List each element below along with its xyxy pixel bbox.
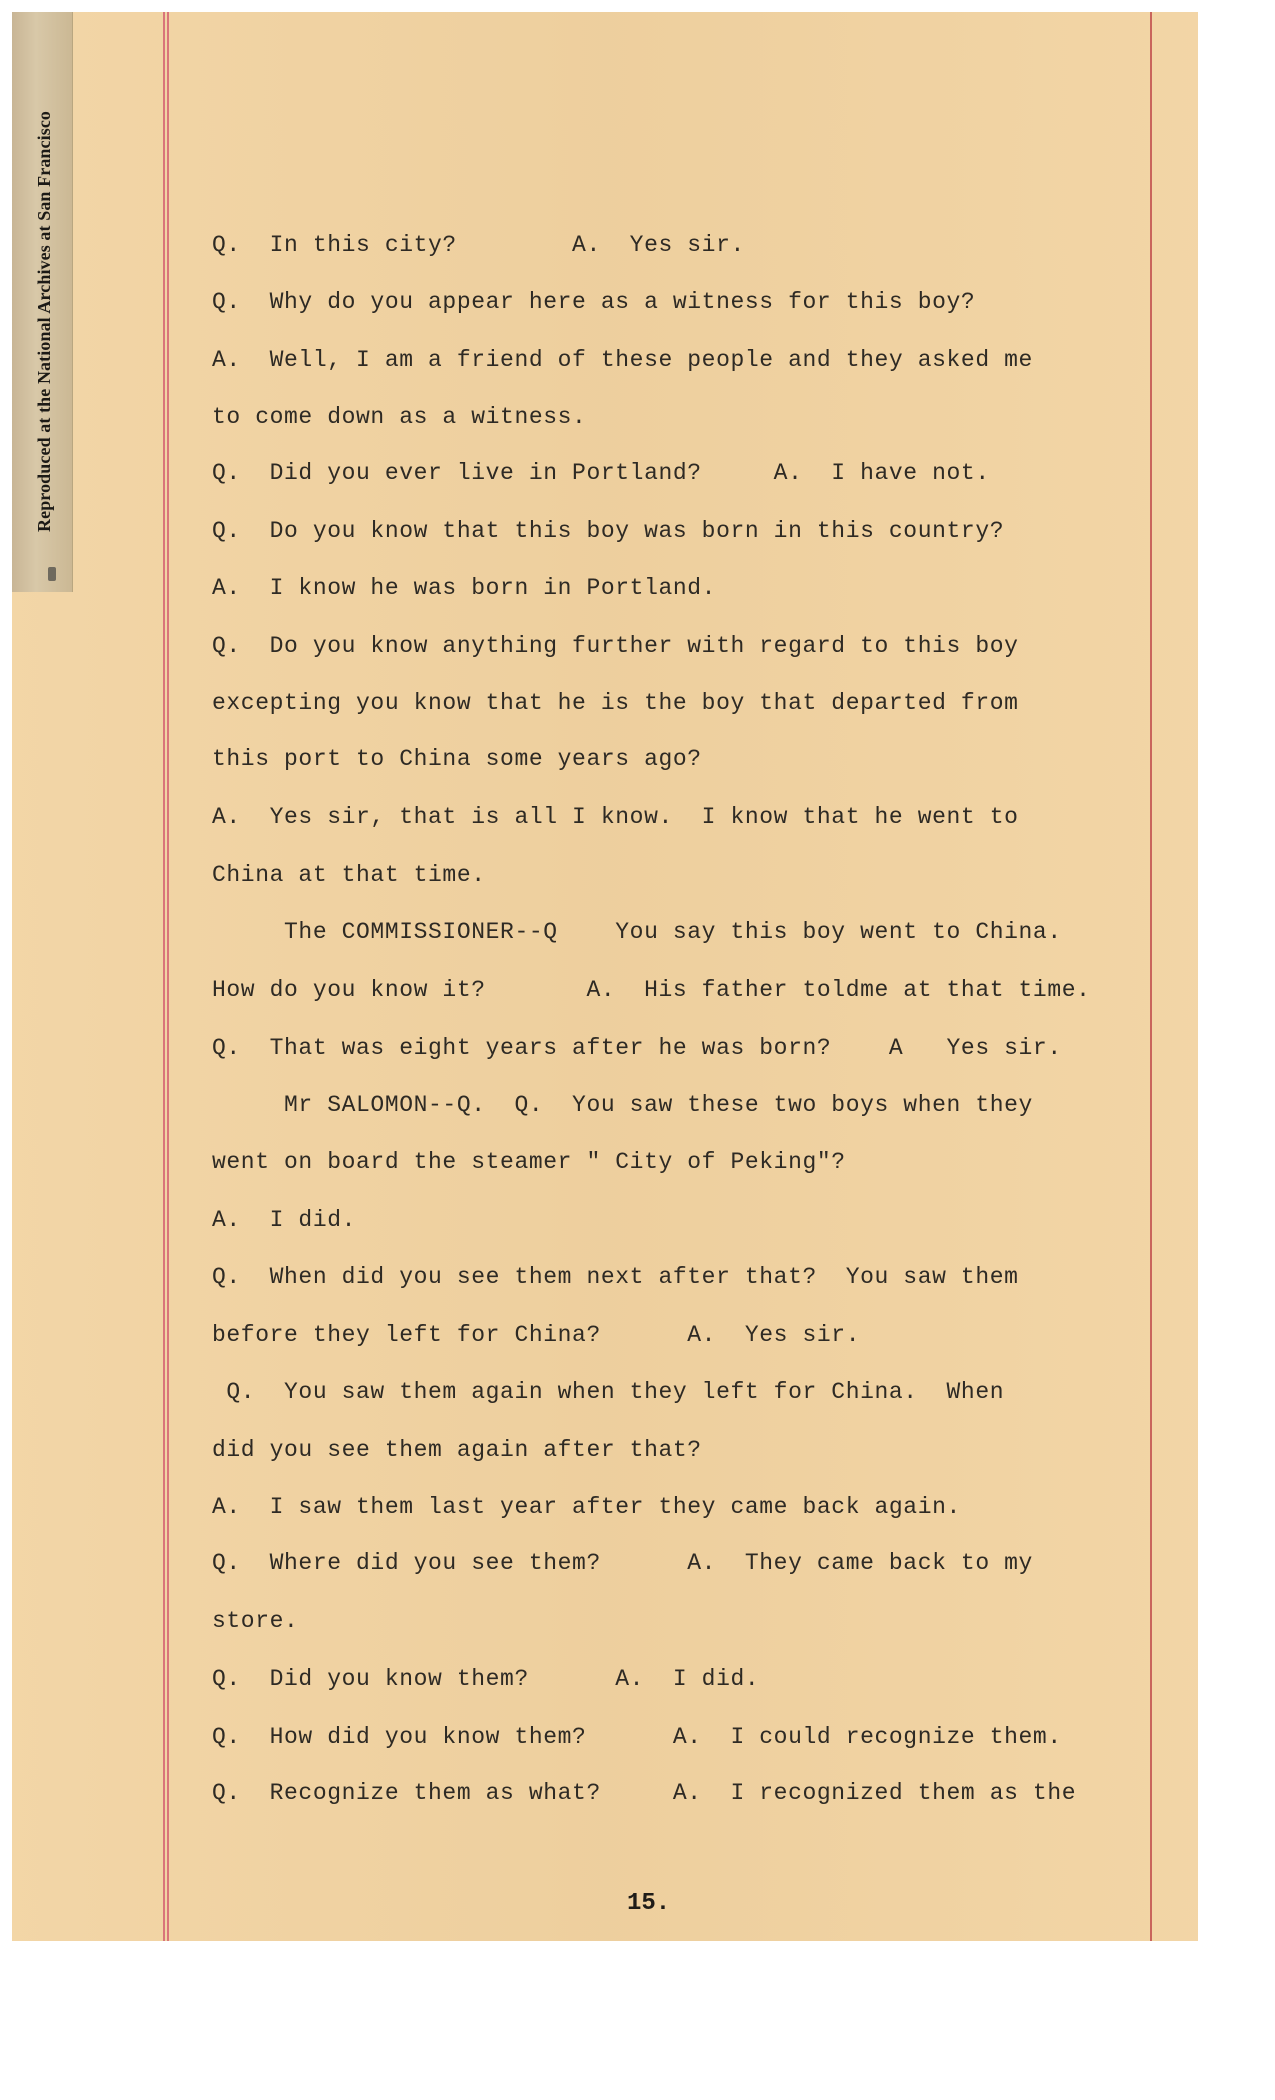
transcript-line: Q. How did you know them? A. I could rec… <box>212 1722 1062 1752</box>
transcript-line: excepting you know that he is the boy th… <box>212 688 1019 718</box>
transcript-line: Q. Do you know that this boy was born in… <box>212 516 1004 546</box>
transcript-line: before they left for China? A. Yes sir. <box>212 1320 860 1350</box>
transcript-line: went on board the steamer " City of Peki… <box>212 1147 846 1177</box>
transcript-line: A. I did. <box>212 1205 356 1235</box>
transcript-line: A. Yes sir, that is all I know. I know t… <box>212 802 1019 832</box>
transcript-line: Q. When did you see them next after that… <box>212 1262 1019 1292</box>
archive-stamp-strip: Reproduced at the National Archives at S… <box>12 12 73 592</box>
transcript-line: Q. Did you know them? A. I did. <box>212 1664 759 1694</box>
page-number: 15. <box>627 1890 670 1917</box>
transcript-line: Q. Did you ever live in Portland? A. I h… <box>212 458 990 488</box>
transcript-line: Mr SALOMON--Q. Q. You saw these two boys… <box>212 1090 1033 1120</box>
transcript-line: A. I know he was born in Portland. <box>212 573 716 603</box>
transcript-line: Q. That was eight years after he was bor… <box>212 1033 1062 1063</box>
transcript-line: Q. In this city? A. Yes sir. <box>212 230 745 260</box>
transcript-line: China at that time. <box>212 860 486 890</box>
transcript-line: Q. Why do you appear here as a witness f… <box>212 287 975 317</box>
transcript-line: store. <box>212 1606 298 1636</box>
left-margin-line <box>163 12 165 1941</box>
transcript-line: How do you know it? A. His father toldme… <box>212 975 1091 1005</box>
transcript-line: to come down as a witness. <box>212 402 586 432</box>
left-margin-line-inner <box>167 12 169 1941</box>
transcript-line: The COMMISSIONER--Q You say this boy wen… <box>212 917 1062 947</box>
transcript-line: Q. Do you know anything further with reg… <box>212 631 1019 661</box>
transcript-line: Q. Recognize them as what? A. I recogniz… <box>212 1778 1076 1808</box>
transcript-line: Q. You saw them again when they left for… <box>212 1377 1004 1407</box>
tape-mark <box>48 567 56 581</box>
archive-stamp-text: Reproduced at the National Archives at S… <box>34 111 55 532</box>
transcript-line: A. I saw them last year after they came … <box>212 1492 961 1522</box>
transcript-line: did you see them again after that? <box>212 1435 702 1465</box>
transcript-line: A. Well, I am a friend of these people a… <box>212 345 1033 375</box>
right-margin-line <box>1150 12 1152 1941</box>
transcript-line: Q. Where did you see them? A. They came … <box>212 1548 1033 1578</box>
transcript-line: this port to China some years ago? <box>212 744 702 774</box>
